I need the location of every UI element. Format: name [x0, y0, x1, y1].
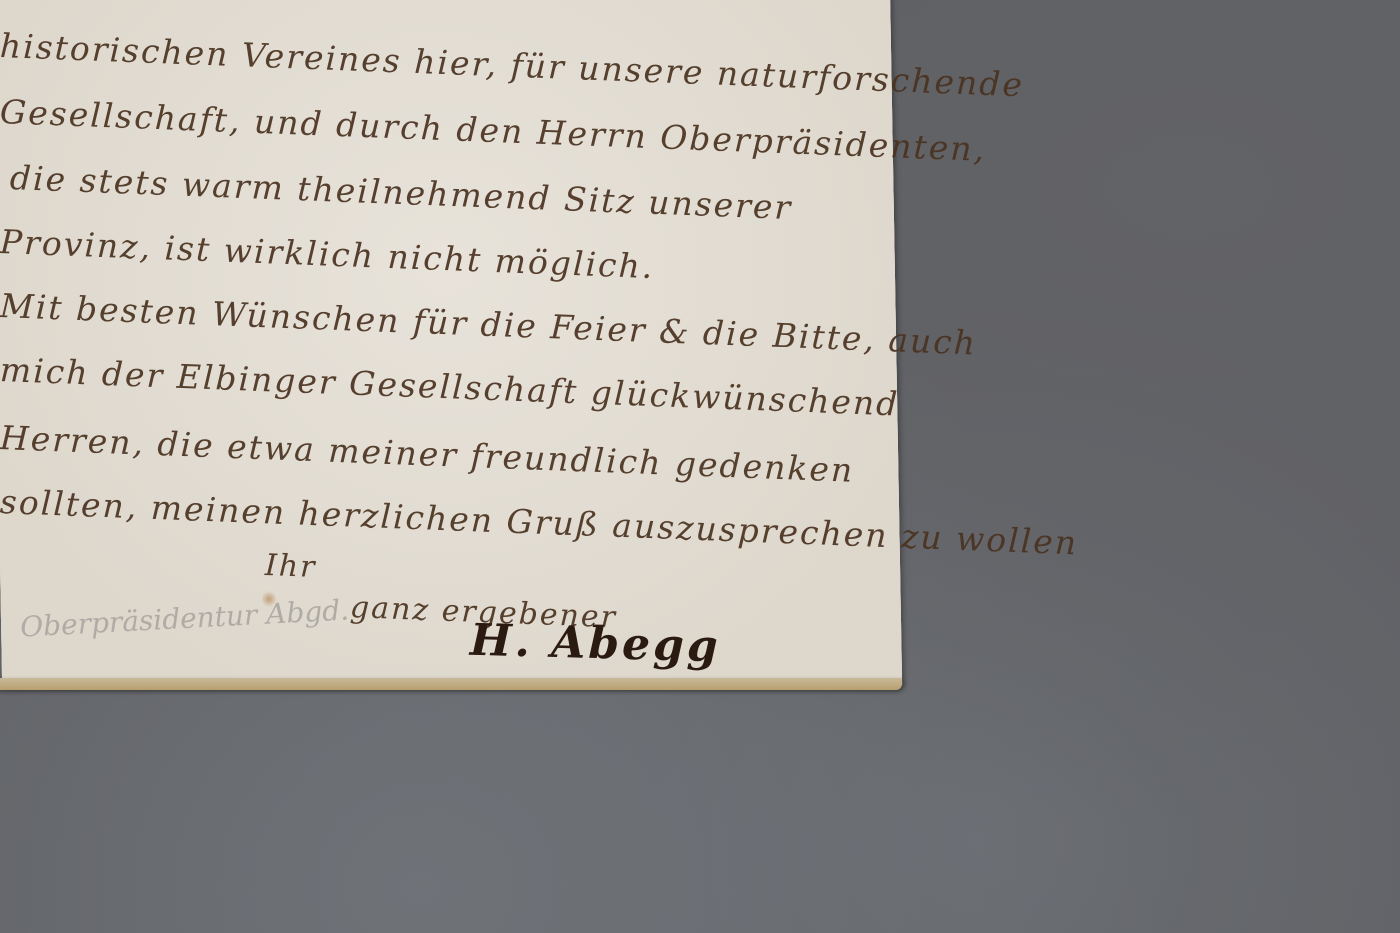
signature: H. Abegg — [469, 615, 721, 673]
closing-line-1: Ihr — [264, 548, 317, 585]
paper-edge — [0, 678, 902, 690]
